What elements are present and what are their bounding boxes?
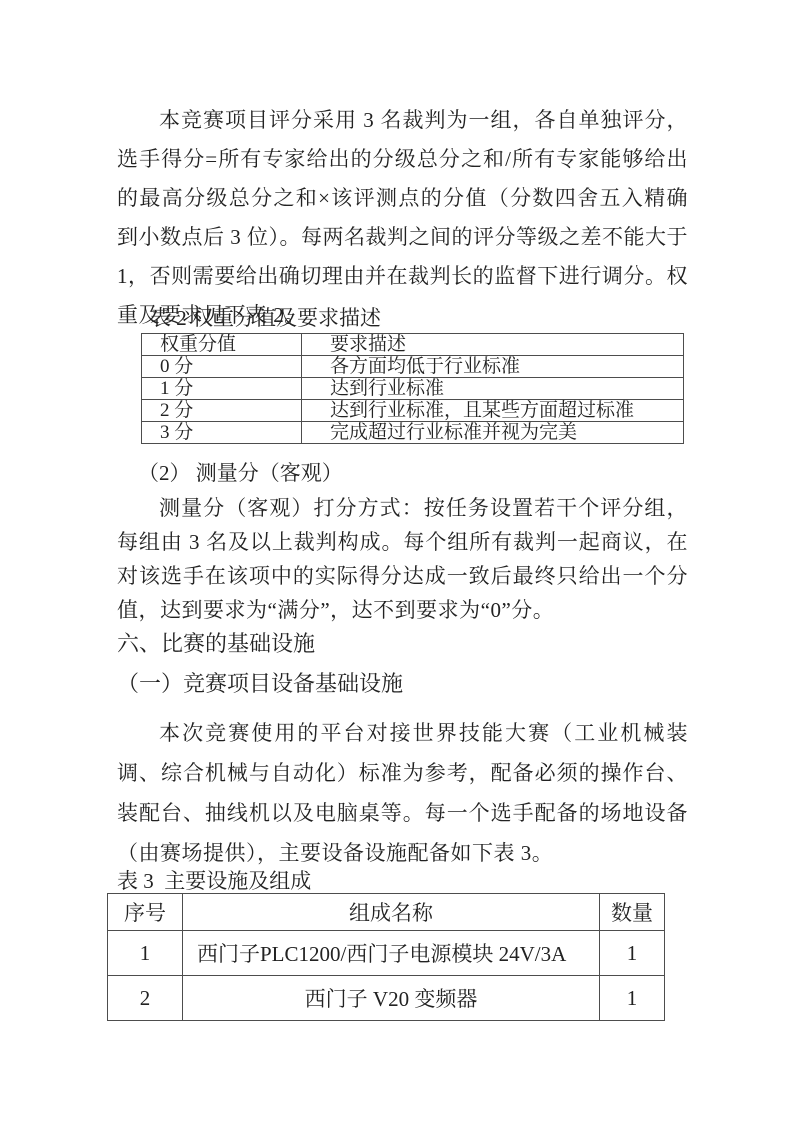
item-measure-heading: （2） 测量分（客观） [117,454,688,493]
table-cell: 1 [600,976,665,1021]
table-row: 0 分 各方面均低于行业标准 [142,356,684,378]
table-cell: 2 [108,976,183,1021]
table-cell: 达到行业标准 [302,378,684,400]
table-cell: 0 分 [142,356,302,378]
table-row: 1 西门子PLC1200/西门子电源模块 24V/3A 1 [108,931,665,976]
document-page: 本竞赛项目评分采用 3 名裁判为一组，各自单独评分，选手得分=所有专家给出的分级… [0,0,800,1131]
table-cell: 1 分 [142,378,302,400]
table3-caption: 表 3 主要设施及组成 [117,866,688,896]
equipment-table: 序号 组成名称 数量 1 西门子PLC1200/西门子电源模块 24V/3A 1… [107,893,665,1021]
table-header-row: 权重分值 要求描述 [142,334,684,356]
table-row: 1 分 达到行业标准 [142,378,684,400]
table-cell: 各方面均低于行业标准 [302,356,684,378]
paragraph-measure-scoring: 测量分（客观）打分方式：按任务设置若干个评分组，每组由 3 名及以上裁判构成。每… [117,491,688,627]
section-heading-facilities: 六、比赛的基础设施 [117,624,688,663]
table-cell: 达到行业标准，且某些方面超过标准 [302,400,684,422]
table-header-cell: 要求描述 [302,334,684,356]
table-row: 2 分 达到行业标准，且某些方面超过标准 [142,400,684,422]
table-header-cell: 序号 [108,894,183,931]
table-cell: 2 分 [142,400,302,422]
table-row: 3 分 完成超过行业标准并视为完美 [142,422,684,444]
weight-score-table-wrapper: 权重分值 要求描述 0 分 各方面均低于行业标准 1 分 达到行业标准 2 分 … [141,333,684,444]
table-header-cell: 组成名称 [183,894,600,931]
table-header-cell: 权重分值 [142,334,302,356]
table-cell: 3 分 [142,422,302,444]
equipment-table-wrapper: 序号 组成名称 数量 1 西门子PLC1200/西门子电源模块 24V/3A 1… [107,893,664,1021]
paragraph-platform: 本次竞赛使用的平台对接世界技能大赛（工业机械装调、综合机械与自动化）标准为参考，… [117,713,688,873]
table-header-cell: 数量 [600,894,665,931]
table-row: 2 西门子 V20 变频器 1 [108,976,665,1021]
table-cell: 西门子PLC1200/西门子电源模块 24V/3A [183,931,600,976]
table-cell: 1 [600,931,665,976]
subsection-heading-equipment: （一）竞赛项目设备基础设施 [117,664,688,703]
table-cell: 西门子 V20 变频器 [183,976,600,1021]
weight-score-table: 权重分值 要求描述 0 分 各方面均低于行业标准 1 分 达到行业标准 2 分 … [141,333,684,444]
table-cell: 1 [108,931,183,976]
table-cell: 完成超过行业标准并视为完美 [302,422,684,444]
table-header-row: 序号 组成名称 数量 [108,894,665,931]
